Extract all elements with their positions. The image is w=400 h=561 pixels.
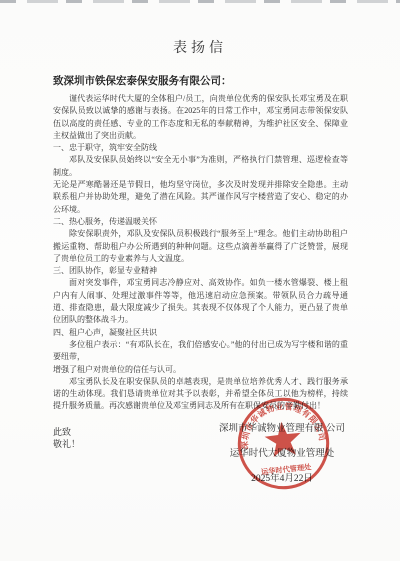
signature-block: 深圳市华诚物业管理有限 公司 运华时代大厦物业管理处 2025年4月22日 — [196, 420, 368, 495]
letter-salutation: 致深圳市铁保宏泰保安服务有限公司： — [53, 73, 347, 88]
body-paragraph: 面对突发事件，邓宝勇同志冷静应对、高效协作。如负一楼水管爆裂、楼上租户内有人闹事… — [53, 277, 348, 326]
body-paragraph: 邓宝勇队长及在职安保队员的卓越表现，是贵单位培养优秀人才、践行服务承诺的生动体现… — [53, 376, 348, 413]
section-heading: 三、团队协作，彰显专业精神 — [53, 265, 348, 277]
scanned-letter-page: 表扬信 致深圳市铁保宏泰保安服务有限公司： 谨代表运华时代大厦的全体租户/员工，… — [0, 0, 400, 561]
body-paragraph: 谨代表运华时代大厦的全体租户/员工，向贵单位优秀的保安队长邓宝勇及在职安保队员致… — [53, 93, 348, 142]
section-heading: 二、热心服务，传递温暖关怀 — [53, 216, 348, 228]
signature-date: 2025年4月22日 — [196, 470, 368, 484]
letter-title: 表扬信 — [0, 0, 400, 57]
body-paragraph: 除安保职责外，邓队及安保队员积极践行“服务至上”理念。他们主动协助租户搬运重物、… — [53, 228, 348, 265]
scanner-edge-artifact — [0, 0, 400, 3]
body-paragraph: 邓队及安保队员始终以“安全无小事”为准则，严格执行门禁管理、巡逻检查等制度。 — [53, 154, 348, 179]
body-paragraph: 多位租户表示：“有邓队长在，我们倍感安心。”他的付出已成为写字楼和谐的重要纽带， — [53, 339, 348, 364]
signature-office: 运华时代大厦物业管理处 — [196, 445, 368, 459]
section-heading: 四、租户心声，凝聚社区共识 — [53, 327, 348, 339]
letter-body: 谨代表运华时代大厦的全体租户/员工，向贵单位优秀的保安队长邓宝勇及在职安保队员致… — [53, 93, 348, 413]
signature-company: 深圳市华诚物业管理有限 公司 — [196, 420, 368, 434]
section-heading: 一、忠于职守，筑牢安全防线 — [53, 142, 348, 154]
body-paragraph: 增强了租户对贵单位的信任与认可。 — [53, 364, 348, 376]
body-paragraph: 无论是严寒酷暑还是节假日，他均坚守岗位，多次及时发现并排除安全隐患。主动联系租户… — [53, 179, 348, 216]
